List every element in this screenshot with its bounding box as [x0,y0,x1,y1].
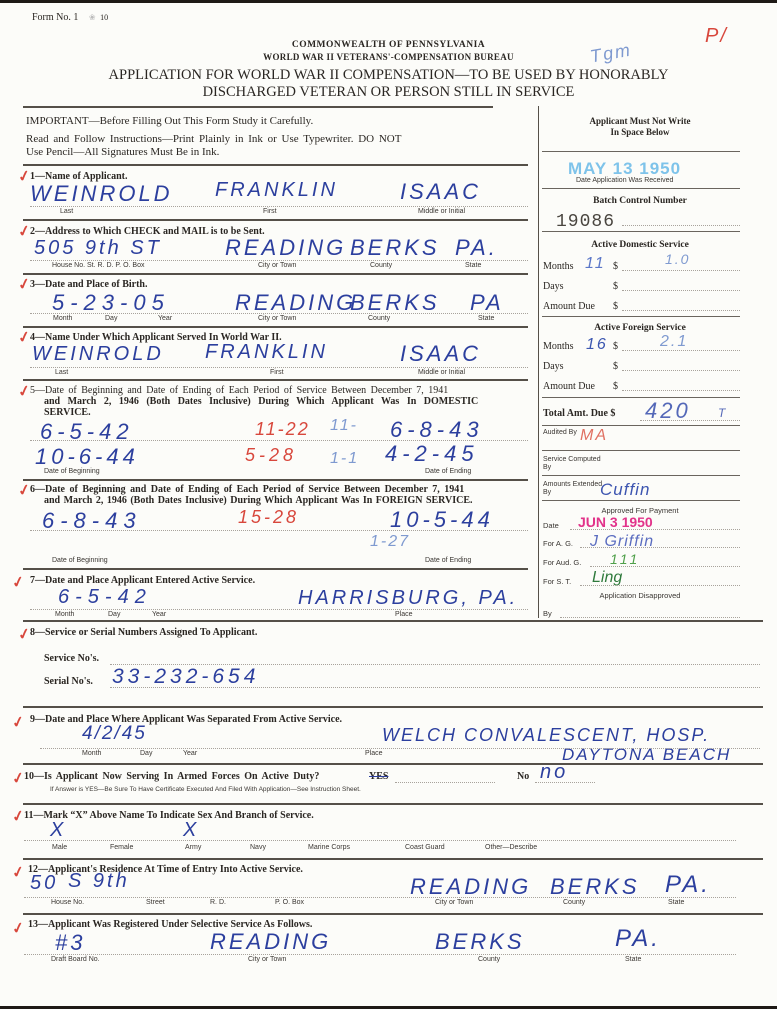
for-ag-signature: J Griffin [590,533,654,551]
corner-mark: P/ [705,25,728,48]
underline [622,290,740,291]
caption: Date of Beginning [52,557,108,564]
divider [542,475,740,476]
domestic-months-label: Months [543,261,574,272]
q11-x-mark: X [50,819,66,842]
q6-label-line2: and March 2, 1946 (Both Dates Inclusive)… [44,495,473,506]
q5-period2-end[interactable]: 4-2-45 [385,441,479,467]
dollar-sign: $ [613,261,618,272]
caption: House No. St. R. D. P. O. Box [52,262,144,269]
caption: First [270,369,284,376]
caption: Month [55,611,74,618]
caption: Last [55,369,68,376]
caption: Day [105,315,117,322]
q13-city[interactable]: READING [210,929,331,955]
divider [542,500,740,501]
q6-period1-calc: 15-28 [238,507,299,528]
divider [23,273,528,275]
q5-period1-calc: 11-22 [255,419,310,440]
total-amount-suffix: T [718,406,728,420]
underline [640,420,740,421]
caption: City or Town [248,956,286,963]
caption: Day [140,750,152,757]
divider [542,397,740,398]
header-rule [23,106,493,108]
instruction-important: IMPORTANT—Before Filling Out This Form S… [26,115,313,127]
q5-period2-calc: 5-28 [245,445,297,466]
date-received-label: Date Application Was Received [576,177,673,184]
for-aud-mark: 111 [610,551,640,567]
caption: City or Town [435,899,473,906]
divider [23,219,528,221]
union-bug-icon: ❀ [89,13,96,22]
q10-answer[interactable]: no [540,761,568,784]
for-ag-label: For A. G. [543,539,573,548]
q8-label: 8—Service or Serial Numbers Assigned To … [30,627,257,638]
underline [30,260,528,261]
caption: First [263,208,277,215]
divider [23,379,528,381]
divider [23,620,763,622]
q12-state[interactable]: PA. [665,871,711,899]
underline [395,782,495,783]
office-panel-divider [538,106,539,618]
dollar-sign: $ [613,341,618,352]
foreign-title: Active Foreign Service [540,323,740,333]
caption: Month [82,750,101,757]
divider [542,151,740,152]
q5-period1-calc2: 11- [330,417,358,435]
q7-entry-place[interactable]: HARRISBURG, PA. [298,587,518,610]
q10-yes-option[interactable]: YES [369,771,388,782]
divider [542,231,740,232]
caption: State [465,262,481,269]
service-computed-label: Service Computed By [543,456,603,472]
domestic-days-label: Days [543,281,564,292]
underline [622,270,740,271]
caption: Day [108,611,120,618]
q9-separation-date[interactable]: 4/2/45 [82,723,147,745]
caption: Year [152,611,166,618]
checkmark-icon: ✓ [10,712,26,732]
instruction-line3: Use Pencil—All Signatures Must Be in Ink… [26,146,219,158]
q10-note: If Answer is YES—Be Sure To Have Certifi… [50,786,361,793]
underline [110,687,760,688]
domestic-amount-due-label: Amount Due [543,301,595,312]
divider [23,706,763,708]
caption: Date of Beginning [44,468,100,475]
q11-option-marine-corps[interactable]: Marine Corps [308,844,350,851]
q4-first-name[interactable]: FRANKLIN [205,341,328,364]
underline [40,748,760,749]
for-st-label: For S. T. [543,577,571,586]
q13-county[interactable]: BERKS [435,929,525,955]
batch-number: 19086 [556,212,615,232]
audited-by-label: Audited By [543,429,577,437]
caption: Year [183,750,197,757]
q11-option-other-describe[interactable]: Other—Describe [485,844,537,851]
q5-label-line2: and March 2, 1946 (Both Dates Inclusive)… [44,396,478,407]
q10-label: 10—Is Applicant Now Serving In Armed For… [24,771,319,782]
office-header-line2: In Space Below [540,127,740,137]
caption: House No. [51,899,84,906]
application-form: Form No. 1 ❀ 10 COMMONWEALTH OF PENNSYLV… [0,3,777,1006]
underline [30,530,528,531]
q11-x-mark: X [183,819,199,842]
underline [622,350,740,351]
q2-state[interactable]: PA. [455,235,498,261]
q5-period2-begin[interactable]: 10-6-44 [35,444,139,470]
divider [23,164,528,166]
q6-label: 6—Date of Beginning and Date of Ending o… [30,484,464,495]
q3-label: 3—Date and Place of Birth. [30,279,148,290]
q5-label-line3: SERVICE. [44,407,91,418]
domestic-months-value: 11 [585,255,606,273]
caption: City or Town [258,262,296,269]
checkmark-icon: ✓ [10,572,26,592]
divider [23,326,528,328]
amounts-extended-signature: Cuffin [600,480,650,500]
q1-first-name[interactable]: FRANKLIN [215,179,338,202]
q8-serial-label: Serial No's. [44,676,93,687]
underline [622,310,740,311]
dollar-sign: $ [613,281,618,292]
q5-label: 5—Date of Beginning and Date of Ending o… [30,385,448,396]
underline [580,547,740,548]
amounts-extended-label: Amounts Extended By [543,481,603,497]
caption: Year [158,315,172,322]
caption: Street [146,899,165,906]
underline [30,206,528,207]
instruction-line2: Read and Follow Instructions—Print Plain… [26,133,401,145]
caption: Middle or Initial [418,208,465,215]
disapproved-by-label: By [543,609,552,618]
q11-option-coast-guard[interactable]: Coast Guard [405,844,445,851]
caption: Date of Ending [425,557,471,564]
q9-separation-place[interactable]: WELCH CONVALESCENT, HOSP. [382,725,710,746]
caption: County [563,899,585,906]
underline [570,529,740,530]
caption: Last [60,208,73,215]
q5-period1-begin[interactable]: 6-5-42 [40,419,134,445]
q13-state[interactable]: PA. [615,925,661,953]
divider [542,188,740,189]
foreign-months-value: 16 [586,336,608,354]
foreign-amount-due-label: Amount Due [543,381,595,392]
checkmark-icon: ✓ [10,862,26,882]
underline [24,840,736,841]
q8-service-label: Service No's. [44,653,99,664]
underline [590,566,740,567]
q2-house[interactable]: 505 9th ST [34,237,162,260]
checkmark-icon: ✓ [10,918,26,938]
for-aud-label: For Aud. G. [543,558,581,567]
q7-entry-date[interactable]: 6-5-42 [58,586,152,609]
q10-no-option[interactable]: No [517,771,529,782]
divider [23,913,763,915]
form-number: Form No. 1 ❀ 10 [32,12,108,23]
caption: P. O. Box [275,899,304,906]
form-suffix: 10 [100,13,108,22]
caption: Place [365,750,383,757]
q13-draft-board[interactable]: #3 [55,930,85,956]
divider [23,803,763,805]
domestic-months-amount: 1.0 [665,251,690,267]
q7-label: 7—Date and Place Applicant Entered Activ… [30,575,255,586]
caption: State [625,956,641,963]
disapproved-label: Application Disapproved [540,591,740,600]
q4-last-name[interactable]: WEINROLD [32,343,164,366]
underline [580,585,740,586]
foreign-months-amount: 2.1 [660,333,688,351]
underline [622,390,740,391]
total-amount-label: Total Amt. Due $ [543,408,615,419]
caption: State [478,315,494,322]
caption: County [368,315,390,322]
approved-date-label: Date [543,521,559,530]
audited-initials: MA [580,427,608,445]
caption: Month [53,315,72,322]
underline [24,954,736,955]
dollar-sign: $ [613,361,618,372]
caption: County [478,956,500,963]
divider [542,425,740,426]
underline [30,313,528,314]
q9-label: 9—Date and Place Where Applicant Was Sep… [30,714,342,725]
caption: State [668,899,684,906]
underline [622,370,740,371]
approved-date-stamp: JUN 3 1950 [578,514,653,530]
caption: R. D. [210,899,226,906]
caption: Draft Board No. [51,956,100,963]
q12-street[interactable]: S 9th [68,870,130,893]
divider [23,858,763,860]
q6-period1-calc2: 1-27 [370,533,410,551]
underline [30,367,528,368]
caption: Middle or Initial [418,369,465,376]
foreign-days-label: Days [543,361,564,372]
caption: Place [395,611,413,618]
page-title-line1: APPLICATION FOR WORLD WAR II COMPENSATIO… [0,67,777,84]
domestic-title: Active Domestic Service [540,240,740,250]
foreign-months-label: Months [543,341,574,352]
caption: Date of Ending [425,468,471,475]
underline [535,782,595,783]
underline [560,617,740,618]
underline [24,897,736,898]
divider [23,763,763,765]
q4-middle-name[interactable]: ISAAC [400,341,481,367]
divider [23,479,528,481]
dollar-sign: $ [613,301,618,312]
q5-period2-calc2: 1-1 [330,450,359,468]
header-state: COMMONWEALTH OF PENNSYLVANIA [0,40,777,50]
divider [23,568,528,570]
divider [542,316,740,317]
header-bureau: WORLD WAR II VETERANS'-COMPENSATION BURE… [0,52,777,62]
q1-middle-name[interactable]: ISAAC [400,179,481,205]
dollar-sign: $ [613,381,618,392]
date-received-stamp: MAY 13 1950 [568,159,681,179]
divider [542,450,740,451]
batch-label: Batch Control Number [540,196,740,206]
q11-option-navy[interactable]: Navy [250,844,266,851]
caption: County [370,262,392,269]
q8-serial-number[interactable]: 33-232-654 [112,665,259,689]
page-title-line2: DISCHARGED VETERAN OR PERSON STILL IN SE… [0,84,777,101]
q2-city[interactable]: READING [225,235,346,261]
q11-option-male[interactable]: Male [52,844,67,851]
q11-label: 11—Mark “X” Above Name To Indicate Sex A… [24,810,314,821]
q2-county[interactable]: BERKS [350,235,440,261]
office-header-line1: Applicant Must Not Write [540,116,740,126]
form-number-text: Form No. 1 [32,12,78,23]
underline [622,225,740,226]
caption: City or Town [258,315,296,322]
q1-last-name[interactable]: WEINROLD [30,181,173,207]
q12-house[interactable]: 50 [30,872,58,895]
underline [30,609,528,610]
q11-option-army[interactable]: Army [185,844,201,851]
q11-option-female[interactable]: Female [110,844,133,851]
